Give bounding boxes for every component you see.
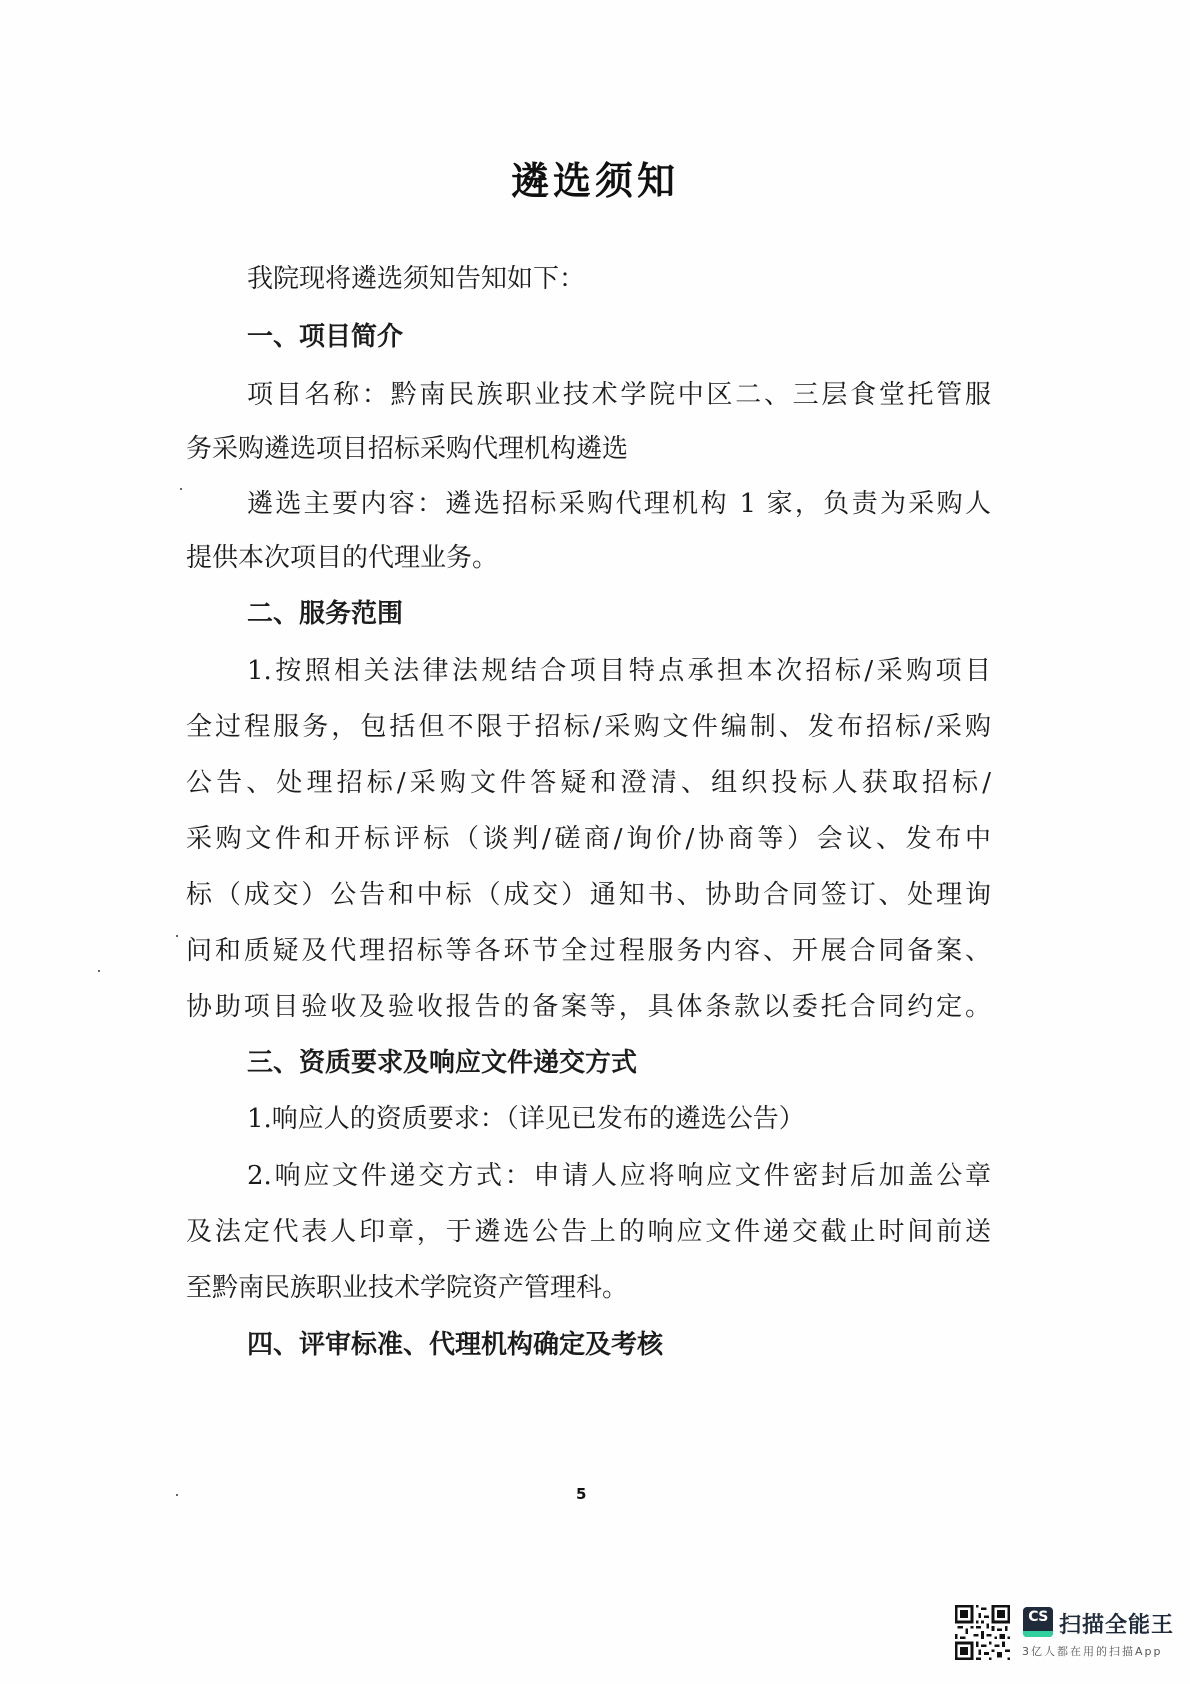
paragraph-line: 协助项目验收及验收报告的备案等，具体条款以委托合同约定。	[186, 990, 991, 1024]
scan-speck	[98, 970, 100, 972]
section-heading-qualification: 三、资质要求及响应文件递交方式	[247, 1046, 637, 1080]
logo-text: CS	[1023, 1609, 1053, 1625]
paragraph-line: 2.响应文件递交方式：申请人应将响应文件密封后加盖公章	[247, 1159, 991, 1193]
scan-speck	[176, 1494, 178, 1496]
paragraph-line: 项目名称：黔南民族职业技术学院中区二、三层食堂托管服	[247, 378, 991, 412]
brand-tagline: 3亿人都在用的扫描App	[1022, 1643, 1163, 1659]
section-heading-service-scope: 二、服务范围	[247, 597, 403, 631]
paragraph-line: 1.按照相关法律法规结合项目特点承担本次招标/采购项目	[247, 654, 991, 688]
paragraph-line: 提供本次项目的代理业务。	[186, 541, 498, 575]
document-title: 遴选须知	[0, 150, 1190, 205]
page-number: 5	[576, 1485, 586, 1503]
paragraph-line: 1.响应人的资质要求：（详见已发布的遴选公告）	[247, 1102, 805, 1136]
document-page: 遴选须知 我院现将遴选须知告知如下： 一、项目简介 项目名称：黔南民族职业技术学…	[0, 0, 1190, 1684]
brand-name: 扫描全能王	[1059, 1608, 1174, 1639]
scanner-watermark: CS 扫描全能王 3亿人都在用的扫描App	[955, 1605, 1185, 1665]
logo-accent-bar	[1023, 1631, 1053, 1637]
intro-text: 我院现将遴选须知告知如下：	[247, 262, 585, 296]
paragraph-line: 问和质疑及代理招标等各环节全过程服务内容、开展合同备案、	[186, 934, 991, 968]
paragraph-line: 遴选主要内容：遴选招标采购代理机构 1 家，负责为采购人	[247, 487, 991, 521]
paragraph-line: 采购文件和开标评标（谈判/磋商/询价/协商等）会议、发布中	[186, 822, 991, 856]
qr-code-icon	[955, 1605, 1010, 1660]
paragraph-line: 及法定代表人印章，于遴选公告上的响应文件递交截止时间前送	[186, 1215, 991, 1249]
paragraph-line: 标（成交）公告和中标（成交）通知书、协助合同签订、处理询	[186, 878, 991, 912]
paragraph-line: 务采购遴选项目招标采购代理机构遴选	[186, 432, 628, 466]
paragraph-line: 全过程服务，包括但不限于招标/采购文件编制、发布招标/采购	[186, 710, 991, 744]
scan-speck	[180, 488, 182, 490]
camscanner-logo-icon: CS	[1023, 1607, 1053, 1637]
paragraph-line: 至黔南民族职业技术学院资产管理科。	[186, 1271, 628, 1305]
section-heading-evaluation: 四、评审标准、代理机构确定及考核	[247, 1328, 663, 1362]
paragraph-line: 公告、处理招标/采购文件答疑和澄清、组织投标人获取招标/	[186, 766, 991, 800]
scan-speck	[176, 935, 178, 937]
section-heading-project-overview: 一、项目简介	[247, 320, 403, 354]
